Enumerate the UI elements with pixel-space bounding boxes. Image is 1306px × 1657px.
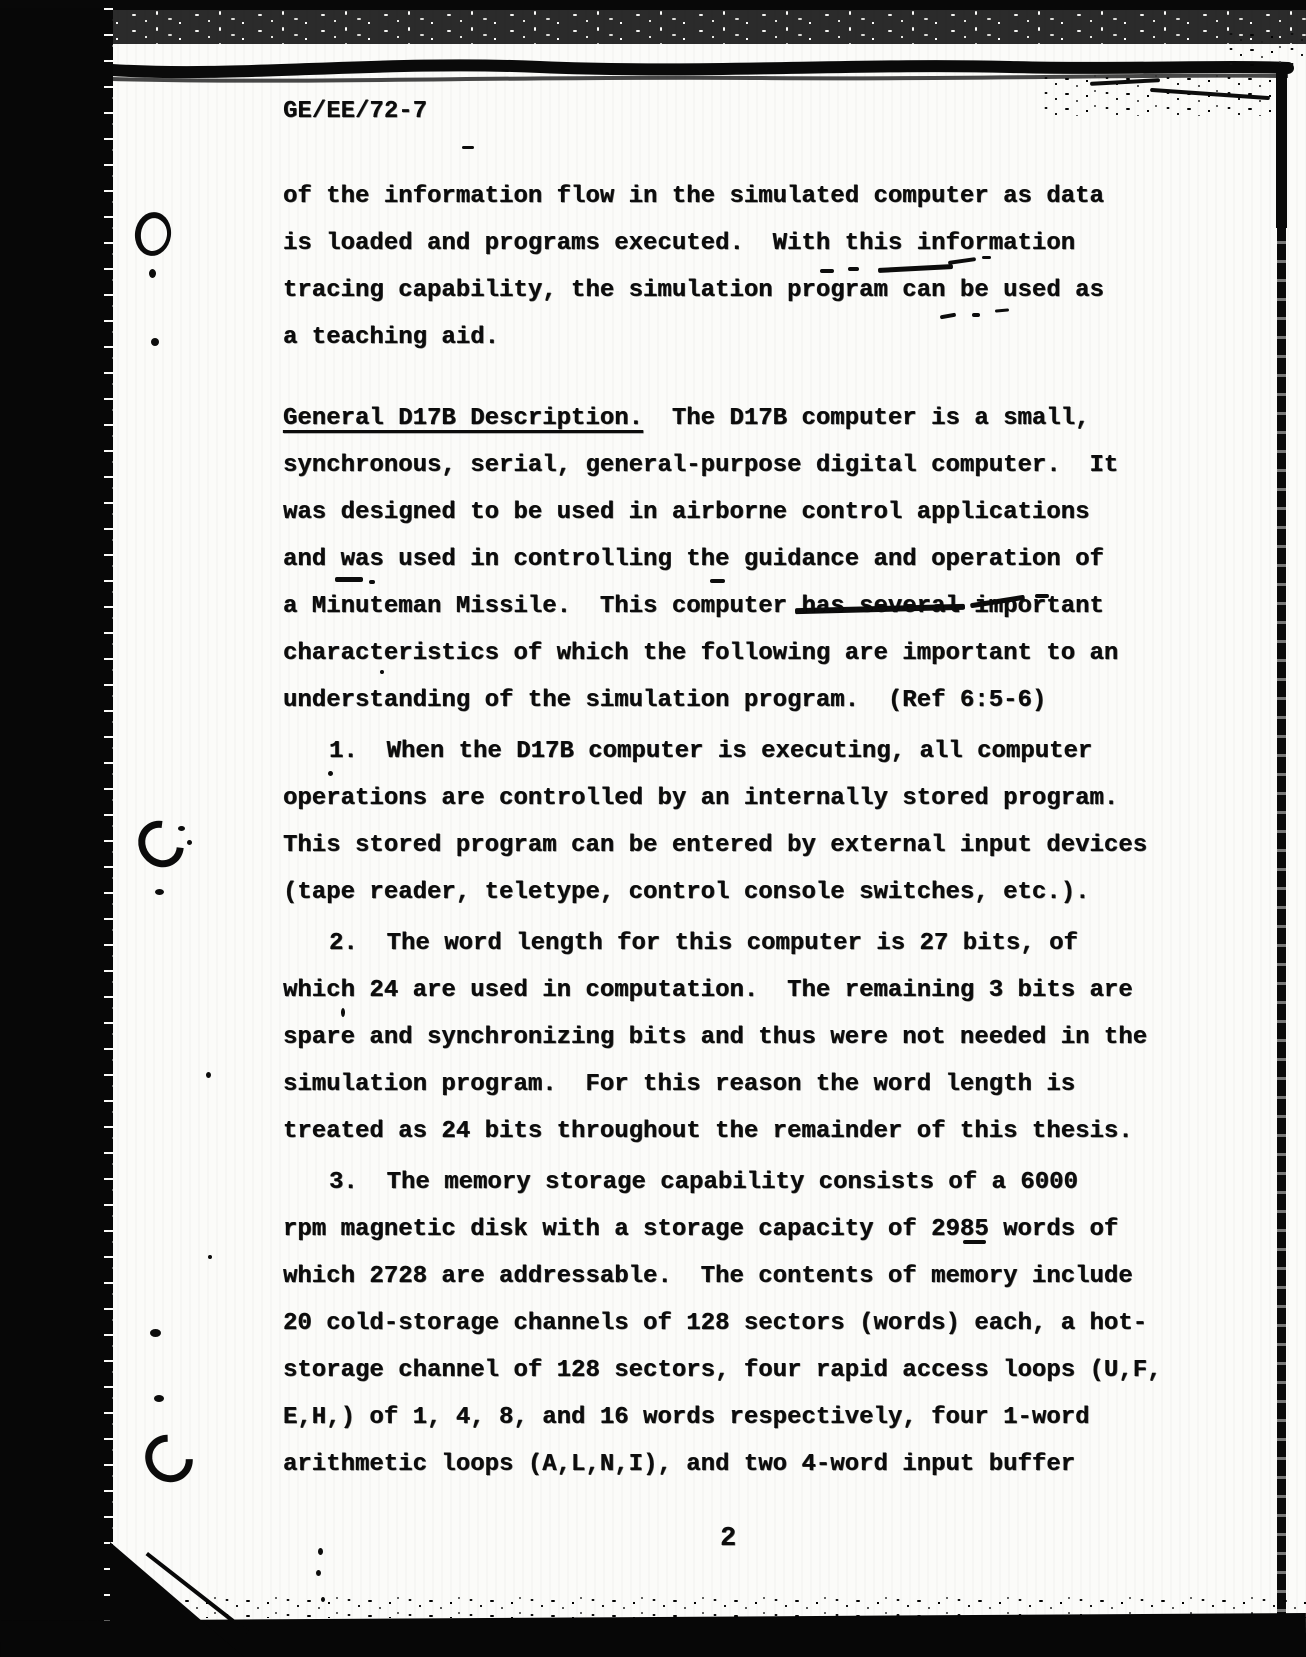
scan-noise-top-band xyxy=(0,10,1306,44)
text-line: understanding of the simulation program.… xyxy=(283,677,1203,724)
text-line: 3. The memory storage capability consist… xyxy=(283,1159,1203,1206)
text-line: tracing capability, the simulation progr… xyxy=(283,267,1203,314)
text-line: This stored program can be entered by ex… xyxy=(283,822,1203,869)
page-number: 2 xyxy=(720,1524,736,1554)
text-line: characteristics of which the following a… xyxy=(283,630,1203,677)
ink-speck xyxy=(151,338,159,346)
hole-punch-mark xyxy=(132,210,174,259)
body-text: of the information flow in the simulated… xyxy=(283,173,1203,1488)
scan-edge-right-line xyxy=(1276,68,1287,228)
text-line: which 2728 are addressable. The contents… xyxy=(283,1253,1203,1300)
scan-edge-left-ragged xyxy=(104,8,113,1657)
text-line: a Minuteman Missile. This computer has s… xyxy=(283,583,1203,630)
paragraph-intro: of the information flow in the simulated… xyxy=(283,173,1203,361)
ink-speck xyxy=(206,1072,211,1078)
scan-edge-left xyxy=(0,8,112,1657)
scanned-page: GE/EE/72-7 of the information flow in th… xyxy=(0,0,1306,1657)
text-line: treated as 24 bits throughout the remain… xyxy=(283,1108,1203,1155)
text-line: E,H,) of 1, 4, 8, and 16 words respectiv… xyxy=(283,1394,1203,1441)
text-line: (tape reader, teletype, control console … xyxy=(283,869,1203,916)
ink-speck xyxy=(318,1548,323,1555)
ink-speck xyxy=(208,1255,212,1259)
scan-noise-top-right xyxy=(1225,30,1306,66)
numbered-item-2: 2. The word length for this computer is … xyxy=(283,920,1203,1155)
ink-speck xyxy=(149,269,156,278)
ink-speck xyxy=(187,840,192,845)
text-line: 1. When the D17B computer is executing, … xyxy=(283,728,1203,775)
text-line: rpm magnetic disk with a storage capacit… xyxy=(283,1206,1203,1253)
ink-speck xyxy=(462,146,474,149)
hole-punch-mark xyxy=(135,1425,202,1492)
text-line: is loaded and programs executed. With th… xyxy=(283,220,1203,267)
text-line: was designed to be used in airborne cont… xyxy=(283,489,1203,536)
text-line: and was used in controlling the guidance… xyxy=(283,536,1203,583)
text-line: The D17B computer is a small, xyxy=(643,405,1089,432)
text-line: General D17B Description. The D17B compu… xyxy=(283,395,1203,442)
text-line: 2. The word length for this computer is … xyxy=(283,920,1203,967)
numbered-item-1: 1. When the D17B computer is executing, … xyxy=(283,728,1203,916)
text-line: simulation program. For this reason the … xyxy=(283,1061,1203,1108)
text-line: synchronous, serial, general-purpose dig… xyxy=(283,442,1203,489)
section-heading: General D17B Description. xyxy=(283,405,643,432)
hole-punch-mark xyxy=(129,812,193,877)
numbered-item-3: 3. The memory storage capability consist… xyxy=(283,1159,1203,1488)
ink-speck xyxy=(154,1395,164,1402)
ink-speck xyxy=(150,1329,161,1337)
text-line: spare and synchronizing bits and thus we… xyxy=(283,1014,1203,1061)
text-line: operations are controlled by an internal… xyxy=(283,775,1203,822)
ink-speck xyxy=(321,1597,325,1602)
ink-speck xyxy=(316,1570,321,1576)
ink-speck xyxy=(155,889,164,895)
scan-edge-right-line xyxy=(1277,68,1286,1628)
paragraph-general-description: General D17B Description. The D17B compu… xyxy=(283,395,1203,724)
text-line: of the information flow in the simulated… xyxy=(283,173,1203,220)
text-line: a teaching aid. xyxy=(283,314,1203,361)
text-line: 20 cold-storage channels of 128 sectors … xyxy=(283,1300,1203,1347)
text-line: which 24 are used in computation. The re… xyxy=(283,967,1203,1014)
document-code: GE/EE/72-7 xyxy=(283,98,427,125)
text-line: storage channel of 128 sectors, four rap… xyxy=(283,1347,1203,1394)
text-line: arithmetic loops (A,L,N,I), and two 4-wo… xyxy=(283,1441,1203,1488)
ink-speck xyxy=(178,826,185,831)
